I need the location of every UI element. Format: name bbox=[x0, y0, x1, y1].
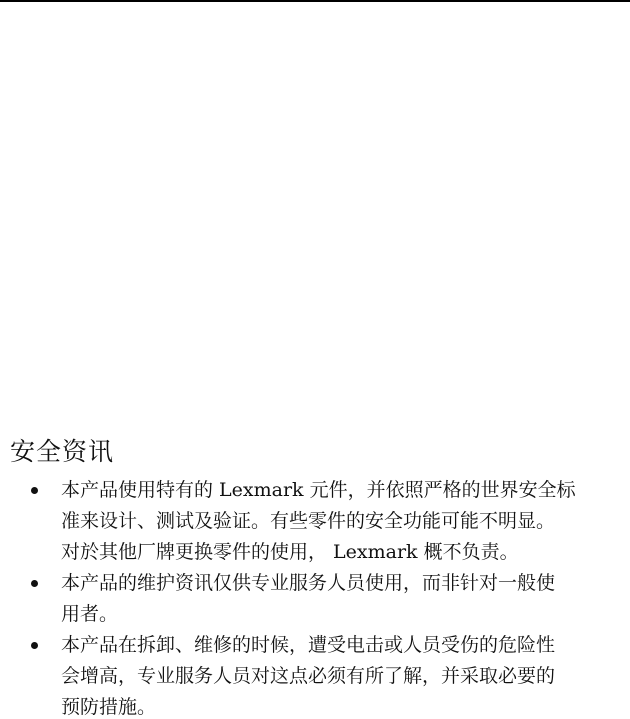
list-item-text: 本产品在拆卸、维修的时候，遭受电击或人员受伤的危险性 会增高，专业服务人员对这点… bbox=[61, 630, 618, 719]
text-line: 预防措施。 bbox=[61, 692, 618, 719]
safety-bullet-list: 本产品使用特有的 Lexmark 元件，并依照严格的世界安全标 准来设计、测试及… bbox=[0, 475, 630, 719]
list-item: 本产品使用特有的 Lexmark 元件，并依照严格的世界安全标 准来设计、测试及… bbox=[0, 475, 630, 568]
text-line: 对於其他厂牌更换零件的使用， Lexmark 概不负责。 bbox=[61, 537, 618, 568]
list-item-text: 本产品使用特有的 Lexmark 元件，并依照严格的世界安全标 准来设计、测试及… bbox=[61, 475, 618, 568]
text-line: 用者。 bbox=[61, 599, 618, 630]
bullet-icon bbox=[31, 642, 38, 649]
text-line: 会增高，专业服务人员对这点必须有所了解，并采取必要的 bbox=[61, 661, 618, 692]
text-line: 本产品使用特有的 Lexmark 元件，并依照严格的世界安全标 bbox=[61, 475, 618, 506]
text-line: 本产品的维护资讯仅供专业服务人员使用，而非针对一般使 bbox=[61, 568, 618, 599]
text-line: 本产品在拆卸、维修的时候，遭受电击或人员受伤的危险性 bbox=[61, 630, 618, 661]
section-title: 安全资讯 bbox=[10, 435, 114, 469]
list-item: 本产品的维护资讯仅供专业服务人员使用，而非针对一般使 用者。 bbox=[0, 568, 630, 630]
bullet-icon bbox=[31, 487, 38, 494]
bullet-icon bbox=[31, 580, 38, 587]
page-top-rule bbox=[0, 0, 630, 2]
text-line: 准来设计、测试及验证。有些零件的安全功能可能不明显。 bbox=[61, 506, 618, 537]
list-item-text: 本产品的维护资讯仅供专业服务人员使用，而非针对一般使 用者。 bbox=[61, 568, 618, 630]
list-item: 本产品在拆卸、维修的时候，遭受电击或人员受伤的危险性 会增高，专业服务人员对这点… bbox=[0, 630, 630, 719]
